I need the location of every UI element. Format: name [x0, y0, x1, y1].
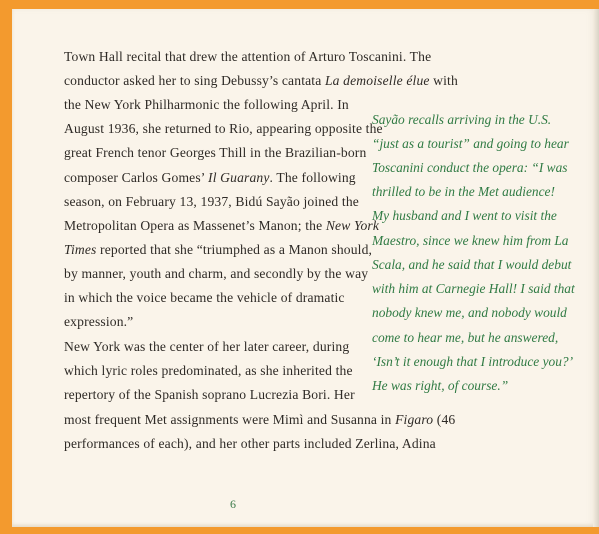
- sidebar-quote-line: ‘Isn’t it enough that I introduce you?’: [372, 354, 573, 370]
- body-line: Times reported that she “triumphed as a …: [64, 242, 372, 258]
- page-edge-shadow: [593, 9, 599, 527]
- italic-title: Il Guarany: [208, 170, 270, 185]
- sidebar-quote-line: thrilled to be in the Met audience!: [372, 184, 555, 200]
- sidebar-quote-line: Sayão recalls arriving in the U.S.: [372, 112, 551, 128]
- body-line: expression.”: [64, 314, 133, 330]
- body-line: performances of each), and her other par…: [64, 436, 436, 452]
- body-line: most frequent Met assignments were Mimì …: [64, 412, 455, 428]
- body-line: season, on February 13, 1937, Bidú Sayão…: [64, 194, 359, 210]
- body-line: the New York Philharmonic the following …: [64, 97, 349, 113]
- sidebar-quote-line: Toscanini conduct the opera: “I was: [372, 160, 568, 176]
- sidebar-quote-line: nobody knew me, and nobody would: [372, 305, 567, 321]
- body-line: composer Carlos Gomes’ Il Guarany. The f…: [64, 170, 356, 186]
- sidebar-quote-line: Scala, and he said that I would debut: [372, 257, 571, 273]
- sidebar-quote-line: Maestro, since we knew him from La: [372, 233, 569, 249]
- sidebar-quote-line: “just as a tourist” and going to hear: [372, 136, 569, 152]
- body-line: Metropolitan Opera as Massenet’s Manon; …: [64, 218, 379, 234]
- italic-title: Times: [64, 242, 96, 257]
- sidebar-quote-line: He was right, of course.”: [372, 378, 508, 394]
- body-line: conductor asked her to sing Debussy’s ca…: [64, 73, 458, 89]
- sidebar-quote-line: My husband and I went to visit the: [372, 208, 557, 224]
- body-line: repertory of the Spanish soprano Lucrezi…: [64, 387, 355, 403]
- body-line: August 1936, she returned to Rio, appear…: [64, 121, 383, 137]
- italic-title: Figaro: [395, 412, 433, 427]
- body-line: in which the voice became the vehicle of…: [64, 290, 345, 306]
- body-line: great French tenor Georges Thill in the …: [64, 145, 366, 161]
- sidebar-quote-line: with him at Carnegie Hall! I said that: [372, 281, 575, 297]
- body-line: by manner, youth and charm, and secondly…: [64, 266, 368, 282]
- body-line: which lyric roles predominated, as she i…: [64, 363, 353, 379]
- italic-title: La demoiselle élue: [325, 73, 430, 88]
- sidebar-quote-line: come to hear me, but he answered,: [372, 330, 558, 346]
- page-number: 6: [230, 497, 236, 512]
- body-line: New York was the center of her later car…: [64, 339, 349, 355]
- body-line: Town Hall recital that drew the attentio…: [64, 49, 431, 65]
